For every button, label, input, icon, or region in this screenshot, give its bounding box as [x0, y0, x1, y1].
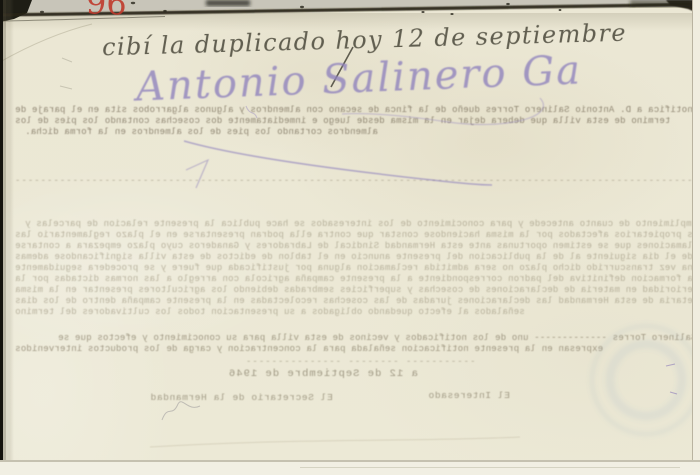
bottom-edge-innerline	[300, 467, 680, 468]
binding-smudge	[206, 0, 250, 6]
ghost-curve	[150, 437, 520, 447]
top-fold-line-secondary	[0, 17, 165, 22]
signature-descender-mark	[246, 106, 257, 118]
signature-tail-loop	[342, 98, 543, 125]
signature-flourish-zigzag	[186, 160, 208, 188]
stamp-ghost	[592, 326, 700, 434]
signature-flourish	[184, 141, 492, 185]
pencil-scribble	[162, 402, 200, 420]
binding-smudge	[630, 0, 692, 7]
margin-pencil-ticks	[60, 58, 72, 89]
right-page-edge	[692, 0, 700, 475]
left-binding-edge	[0, 0, 14, 475]
red-page-number: 96	[85, 0, 127, 23]
scanned-page: Se notifica a D. Antonio Salinero Torres…	[0, 0, 700, 475]
bottom-page-edge	[0, 460, 700, 475]
